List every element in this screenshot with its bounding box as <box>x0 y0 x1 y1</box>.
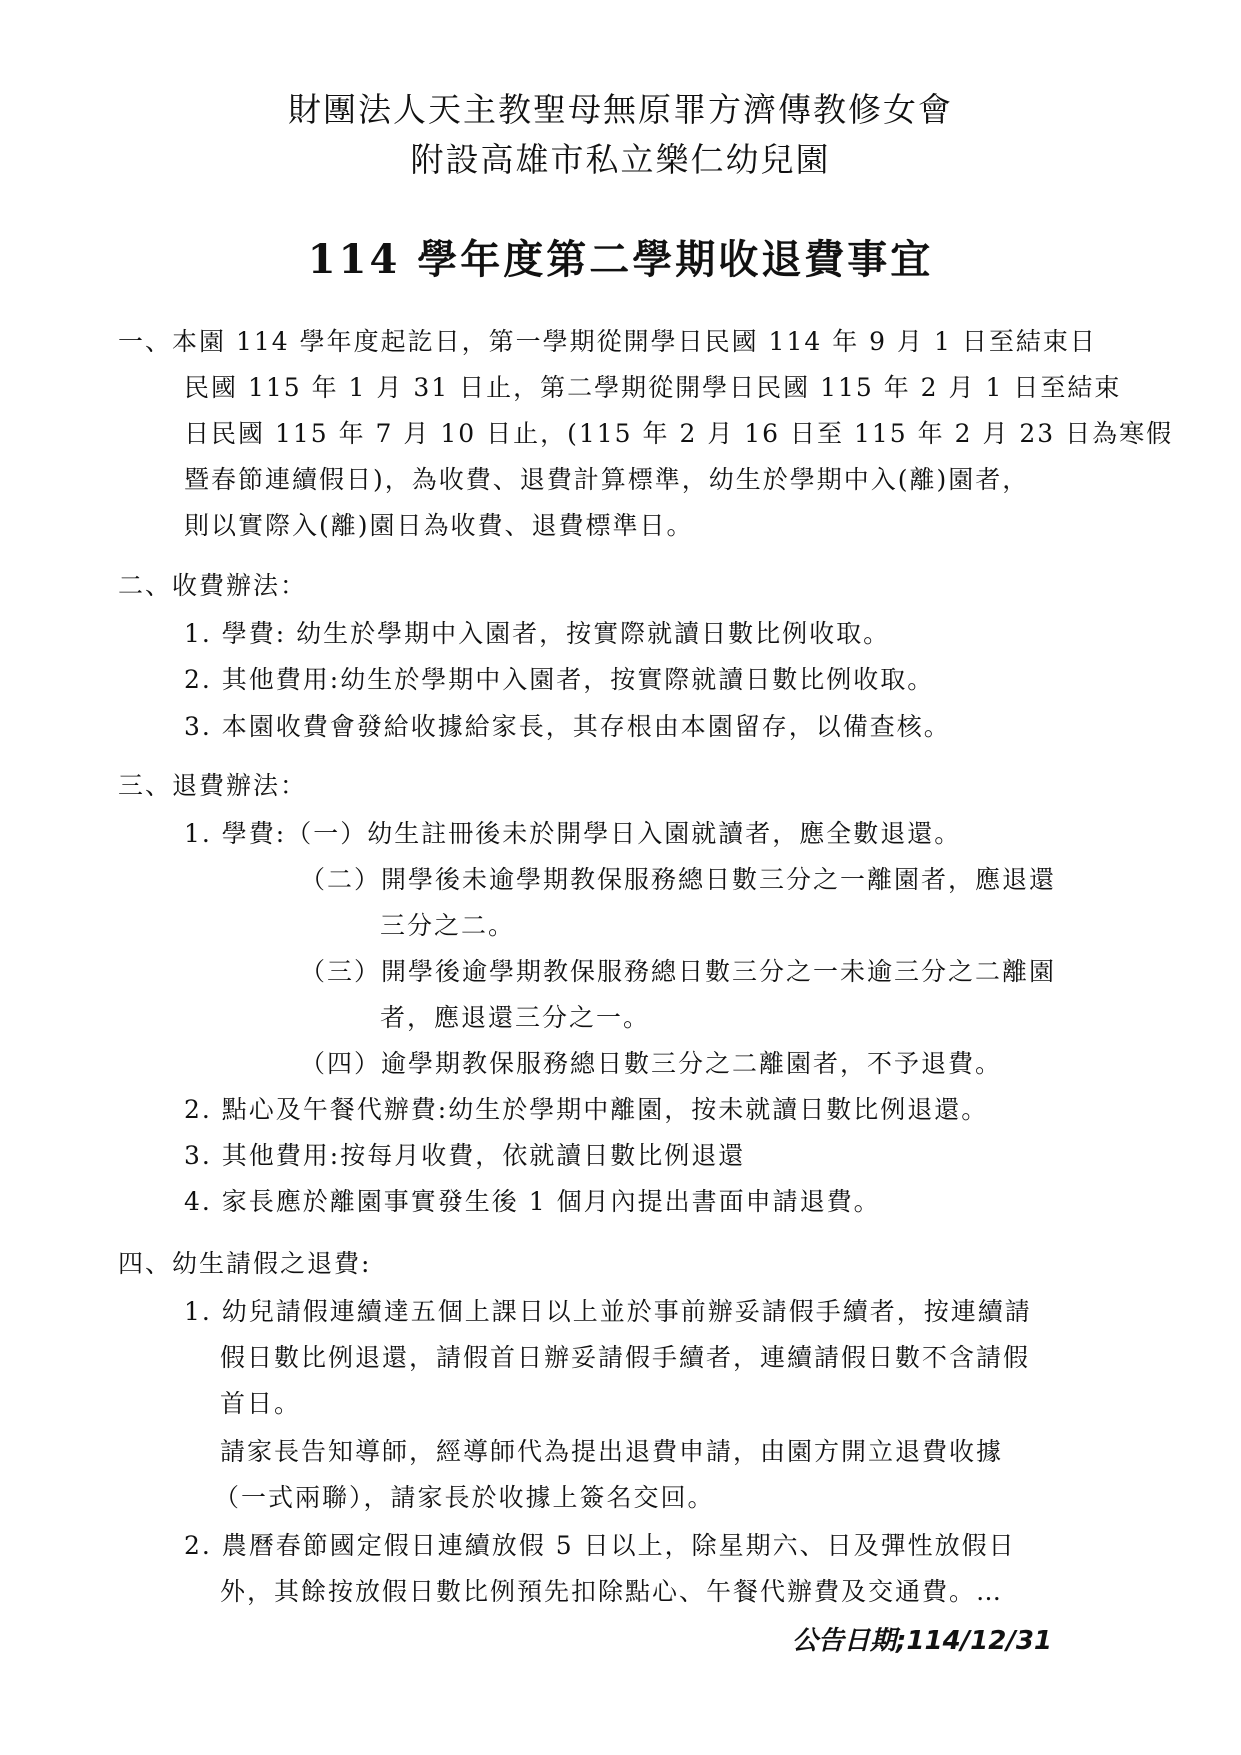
paragraph-line: （一式兩聯），請家長於收據上簽名交回。 <box>214 1478 715 1514</box>
list-item-continuation: 首日。 <box>220 1384 301 1420</box>
list-item: 2. 點心及午餐代辦費:幼生於學期中離園，按未就讀日數比例退還。 <box>184 1090 988 1126</box>
list-item: 3. 其他費用:按每月收費，依就讀日數比例退還 <box>184 1136 745 1172</box>
list-item: 2. 農曆春節國定假日連續放假 5 日以上，除星期六、日及彈性放假日 <box>184 1526 1016 1562</box>
list-item: 3. 本園收費會發給收據給家長，其存根由本園留存，以備查核。 <box>184 707 951 743</box>
paragraph-line: 日民國 115 年 7 月 10 日止，(115 年 2 月 16 日至 115… <box>184 414 1173 450</box>
organization-name: 財團法人天主教聖母無原罪方濟傳教修女會 <box>0 84 1241 131</box>
paragraph-line: 請家長告知導師，經導師代為提出退費申請，由園方開立退費收據 <box>220 1432 1003 1468</box>
list-item: （四）逾學期教保服務總日數三分之二離園者，不予退費。 <box>300 1044 1002 1080</box>
paragraph-line: 暨春節連續假日)，為收費、退費計算標準，幼生於學期中入(離)園者， <box>184 460 1029 496</box>
list-item: 1. 學費:（一）幼生註冊後未於開學日入園就讀者，應全數退還。 <box>184 814 961 850</box>
list-item-continuation: 三分之二。 <box>380 906 515 942</box>
paragraph-line: 則以實際入(離)園日為收費、退費標準日。 <box>184 506 694 542</box>
list-item: 2. 其他費用:幼生於學期中入園者，按實際就讀日數比例收取。 <box>184 660 934 696</box>
paragraph-line: 民國 115 年 1 月 31 日止，第二學期從開學日民國 115 年 2 月 … <box>184 368 1121 404</box>
list-item-continuation: 外，其餘按放假日數比例預先扣除點心、午餐代辦費及交通費。… <box>220 1572 1003 1608</box>
list-item: （三）開學後逾學期教保服務總日數三分之一未逾三分之二離園 <box>300 952 1056 988</box>
list-item: 1. 幼兒請假連續達五個上課日以上並於事前辦妥請假手續者，按連續請 <box>184 1292 1032 1328</box>
section-4-heading: 四、幼生請假之退費: <box>118 1244 371 1280</box>
document-title: 114 學年度第二學期收退費事宜 <box>0 228 1241 285</box>
list-item: 1. 學費: 幼生於學期中入園者，按實際就讀日數比例收取。 <box>184 614 890 650</box>
section-1-heading: 一、本園 114 學年度起訖日，第一學期從開學日民國 114 年 9 月 1 日… <box>118 322 1097 358</box>
list-item-continuation: 者，應退還三分之一。 <box>380 998 650 1034</box>
section-3-heading: 三、退費辦法： <box>118 766 307 802</box>
announcement-date: 公告日期;114/12/31 <box>792 1620 1052 1657</box>
list-item: 4. 家長應於離園事實發生後 1 個月內提出書面申請退費。 <box>184 1182 881 1218</box>
list-item: （二）開學後未逾學期教保服務總日數三分之一離園者，應退還 <box>300 860 1056 896</box>
list-item-continuation: 假日數比例退還，請假首日辦妥請假手續者，連續請假日數不含請假 <box>220 1338 1030 1374</box>
kindergarten-name: 附設高雄市私立樂仁幼兒園 <box>0 134 1241 181</box>
section-2-heading: 二、收費辦法： <box>118 566 307 602</box>
